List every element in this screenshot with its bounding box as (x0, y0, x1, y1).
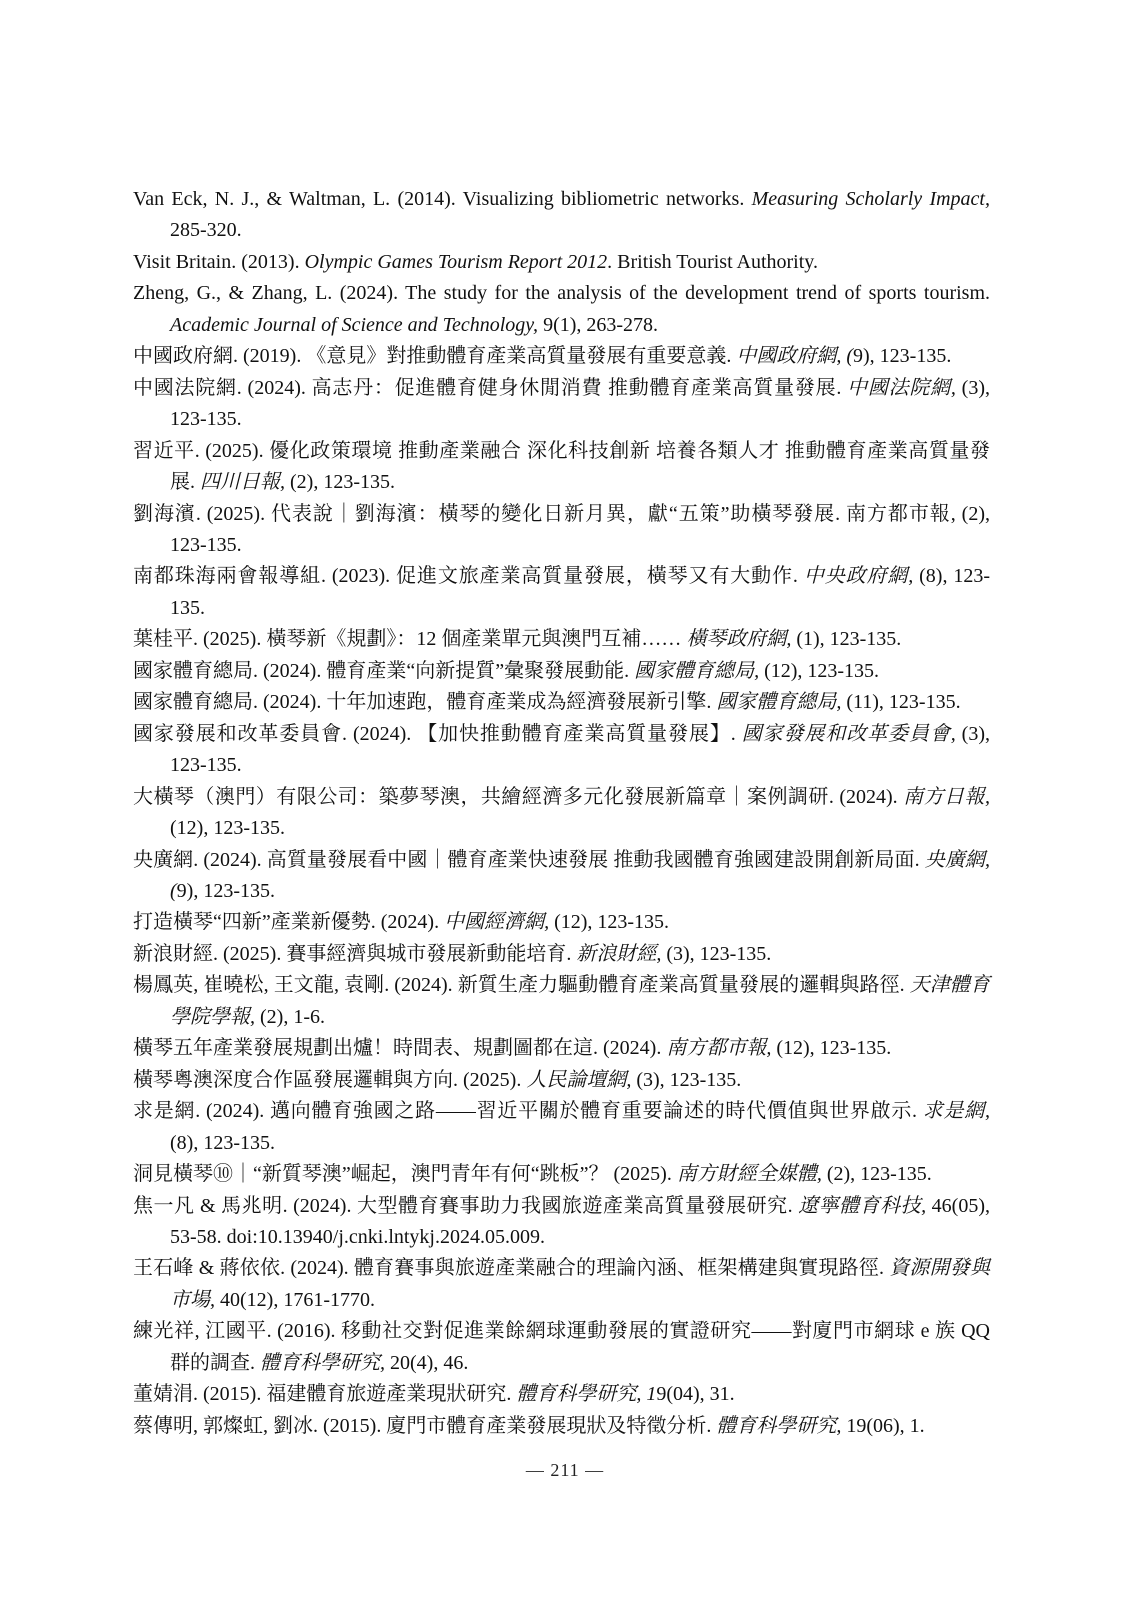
journal-name: 體育科學研究, 1 (516, 1383, 656, 1405)
journal-name: 新浪財經, (576, 943, 661, 965)
journal-name: 中國政府網, ( (736, 345, 853, 367)
journal-name: 中央政府網, (804, 565, 913, 587)
reference-entry: Van Eck, N. J., & Waltman, L. (2014). Vi… (133, 184, 990, 247)
reference-entry: 國家體育總局. (2024). 體育產業“向新提質”彙聚發展動能. 國家體育總局… (133, 656, 990, 687)
reference-text: 劉海濱. (2025). 代表說｜劉海濱：橫琴的變化日新月異，獻“五策”助橫琴發… (133, 503, 990, 556)
reference-entry: 蔡傳明, 郭燦虹, 劉冰. (2015). 廈門市體育產業發展現狀及特徵分析. … (133, 1411, 990, 1442)
reference-entry: 練光祥, 江國平. (2016). 移動社交對促進業餘網球運動發展的實證研究——… (133, 1316, 990, 1379)
reference-text: 285-320. (170, 219, 242, 241)
reference-text: 央廣網. (2024). 高質量發展看中國｜體育產業快速發展 推動我國體育強國建… (133, 849, 925, 871)
reference-text: (8), 123-135. (170, 1132, 275, 1154)
journal-name: Measuring Scholarly Impact, (752, 188, 990, 210)
reference-text: 國家體育總局. (2024). 體育產業“向新提質”彙聚發展動能. (133, 660, 634, 682)
reference-entry: 橫琴五年產業發展規劃出爐！時間表、規劃圖都在這. (2024). 南方都市報, … (133, 1033, 990, 1064)
reference-entry: 大橫琴（澳門）有限公司：築夢琴澳，共繪經濟多元化發展新篇章｜案例調研. (202… (133, 782, 990, 845)
reference-text: (12), 123-135. (170, 817, 285, 839)
reference-text: (1), 123-135. (791, 628, 901, 650)
journal-name: 國家體育總局, (634, 660, 759, 682)
reference-text: (3), 123-135. (661, 943, 771, 965)
journal-name: 遼寧體育科技, (798, 1195, 926, 1217)
reference-text: 19(06), 1. (841, 1415, 924, 1437)
reference-text: (11), 123-135. (841, 691, 960, 713)
reference-text: 橫琴五年產業發展規劃出爐！時間表、規劃圖都在這. (2024). (133, 1037, 666, 1059)
reference-text: (2), 123-135. (822, 1163, 932, 1185)
reference-entry: 南都珠海兩會報導組. (2023). 促進文旅產業高質量發展，橫琴又有大動作. … (133, 561, 990, 624)
reference-entry: 洞見橫琴⑩｜“新質琴澳”崛起，澳門青年有何“跳板”？ (2025). 南方財經全… (133, 1159, 990, 1190)
reference-entry: 習近平. (2025). 優化政策環境 推動產業融合 深化科技創新 培養各類人才… (133, 436, 990, 499)
reference-entry: 橫琴粵澳深度合作區發展邏輯與方向. (2025). 人民論壇網, (3), 12… (133, 1065, 990, 1096)
reference-text: 新浪財經. (2025). 賽事經濟與城市發展新動能培育. (133, 943, 576, 965)
reference-text: (2), 123-135. (285, 471, 395, 493)
reference-text: . British Tourist Authority. (607, 251, 818, 273)
reference-text: (12), 123-135. (549, 911, 669, 933)
reference-entry: 葉桂平. (2025). 橫琴新《規劃》：12 個產業單元與澳門互補…… 橫琴政… (133, 624, 990, 655)
reference-list: Van Eck, N. J., & Waltman, L. (2014). Vi… (133, 184, 990, 1442)
journal-name: 南方財經全媒體, (677, 1163, 822, 1185)
journal-name: 體育科學研究, (716, 1415, 841, 1437)
page-number: — 211 — (0, 1460, 1130, 1481)
reference-entry: 中國法院網. (2024). 高志丹：促進體育健身休閒消費 推動體育產業高質量發… (133, 373, 990, 436)
reference-text: (12), 123-135. (771, 1037, 891, 1059)
reference-text: (12), 123-135. (759, 660, 879, 682)
journal-name: 中國法院網, (847, 377, 956, 399)
journal-name: Olympic Games Tourism Report 2012 (305, 251, 608, 273)
reference-entry: 打造橫琴“四新”產業新優勢. (2024). 中國經濟網, (12), 123-… (133, 907, 990, 938)
reference-text: 40(12), 1761-1770. (215, 1289, 375, 1311)
reference-entry: 國家體育總局. (2024). 十年加速跑，體育產業成為經濟發展新引擎. 國家體… (133, 687, 990, 718)
reference-text: 9), 123-135. (853, 345, 951, 367)
reference-text: 20(4), 46. (385, 1352, 468, 1374)
reference-text: 董婧涓. (2015). 福建體育旅遊產業現狀研究. (133, 1383, 516, 1405)
reference-text: 王石峰 & 蔣依依. (2024). 體育賽事與旅遊產業融合的理論內涵、框架構建… (133, 1257, 889, 1279)
reference-entry: Visit Britain. (2013). Olympic Games Tou… (133, 247, 990, 278)
reference-text: 國家體育總局. (2024). 十年加速跑，體育產業成為經濟發展新引擎. (133, 691, 716, 713)
reference-text: 南都珠海兩會報導組. (2023). 促進文旅產業高質量發展，橫琴又有大動作. (133, 565, 804, 587)
reference-text: 求是網. (2024). 邁向體育強國之路——習近平關於體育重要論述的時代價值與… (133, 1100, 923, 1122)
reference-text: 洞見橫琴⑩｜“新質琴澳”崛起，澳門青年有何“跳板”？ (2025). (133, 1163, 677, 1185)
reference-text: Visit Britain. (2013). (133, 251, 305, 273)
reference-text: Zheng, G., & Zhang, L. (2024). The study… (133, 282, 990, 304)
reference-entry: 楊鳳英, 崔曉松, 王文龍, 袁剛. (2024). 新質生產力驅動體育產業高質… (133, 970, 990, 1033)
journal-name: 人民論壇網, (526, 1069, 631, 1091)
reference-text: 9), 123-135. (177, 880, 275, 902)
journal-name: 國家發展和改革委員會, (742, 723, 956, 745)
reference-text: 9(04), 31. (656, 1383, 734, 1405)
reference-text: 中國政府網. (2019). 《意見》對推動體育產業高質量發展有重要意義. (133, 345, 736, 367)
reference-entry: 中國政府網. (2019). 《意見》對推動體育產業高質量發展有重要意義. 中國… (133, 341, 990, 372)
reference-text: 中國法院網. (2024). 高志丹：促進體育健身休閒消費 推動體育產業高質量發… (133, 377, 847, 399)
reference-entry: 王石峰 & 蔣依依. (2024). 體育賽事與旅遊產業融合的理論內涵、框架構建… (133, 1253, 990, 1316)
reference-text: 焦一凡 & 馬兆明. (2024). 大型體育賽事助力我國旅遊產業高質量發展研究… (133, 1195, 798, 1217)
journal-name: 南方都市報, (666, 1037, 771, 1059)
reference-entry: Zheng, G., & Zhang, L. (2024). The study… (133, 278, 990, 341)
reference-text: 蔡傳明, 郭燦虹, 劉冰. (2015). 廈門市體育產業發展現狀及特徵分析. (133, 1415, 716, 1437)
journal-name: 四川日報, (200, 471, 285, 493)
reference-entry: 求是網. (2024). 邁向體育強國之路——習近平關於體育重要論述的時代價值與… (133, 1096, 990, 1159)
reference-text: 國家發展和改革委員會. (2024). 【加快推動體育產業高質量發展】. (133, 723, 742, 745)
journal-name: 國家體育總局, (716, 691, 841, 713)
reference-text: 大橫琴（澳門）有限公司：築夢琴澳，共繪經濟多元化發展新篇章｜案例調研. (202… (133, 786, 903, 808)
journal-name: 求是網, (923, 1100, 990, 1122)
reference-text: (3), 123-135. (631, 1069, 741, 1091)
reference-text: 葉桂平. (2025). 橫琴新《規劃》：12 個產業單元與澳門互補…… (133, 628, 686, 650)
reference-text: 打造橫琴“四新”產業新優勢. (2024). (133, 911, 444, 933)
reference-text: 橫琴粵澳深度合作區發展邏輯與方向. (2025). (133, 1069, 526, 1091)
reference-text: Van Eck, N. J., & Waltman, L. (2014). Vi… (133, 188, 752, 210)
journal-name: 中國經濟網, (444, 911, 549, 933)
reference-text: (2), 1-6. (255, 1006, 325, 1028)
reference-text: 楊鳳英, 崔曉松, 王文龍, 袁剛. (2024). 新質生產力驅動體育產業高質… (133, 974, 910, 996)
journal-name: 南方日報, (903, 786, 990, 808)
document-page: Van Eck, N. J., & Waltman, L. (2014). Vi… (0, 0, 1130, 1600)
reference-entry: 新浪財經. (2025). 賽事經濟與城市發展新動能培育. 新浪財經, (3),… (133, 939, 990, 970)
reference-entry: 劉海濱. (2025). 代表說｜劉海濱：橫琴的變化日新月異，獻“五策”助橫琴發… (133, 499, 990, 562)
reference-text: 9(1), 263-278. (538, 314, 658, 336)
reference-entry: 國家發展和改革委員會. (2024). 【加快推動體育產業高質量發展】. 國家發… (133, 719, 990, 782)
journal-name: 體育科學研究, (260, 1352, 385, 1374)
reference-entry: 焦一凡 & 馬兆明. (2024). 大型體育賽事助力我國旅遊產業高質量發展研究… (133, 1191, 990, 1254)
journal-name: Academic Journal of Science and Technolo… (170, 314, 538, 336)
journal-name: 橫琴政府網, (686, 628, 791, 650)
reference-entry: 董婧涓. (2015). 福建體育旅遊產業現狀研究. 體育科學研究, 19(04… (133, 1379, 990, 1410)
reference-entry: 央廣網. (2024). 高質量發展看中國｜體育產業快速發展 推動我國體育強國建… (133, 845, 990, 908)
